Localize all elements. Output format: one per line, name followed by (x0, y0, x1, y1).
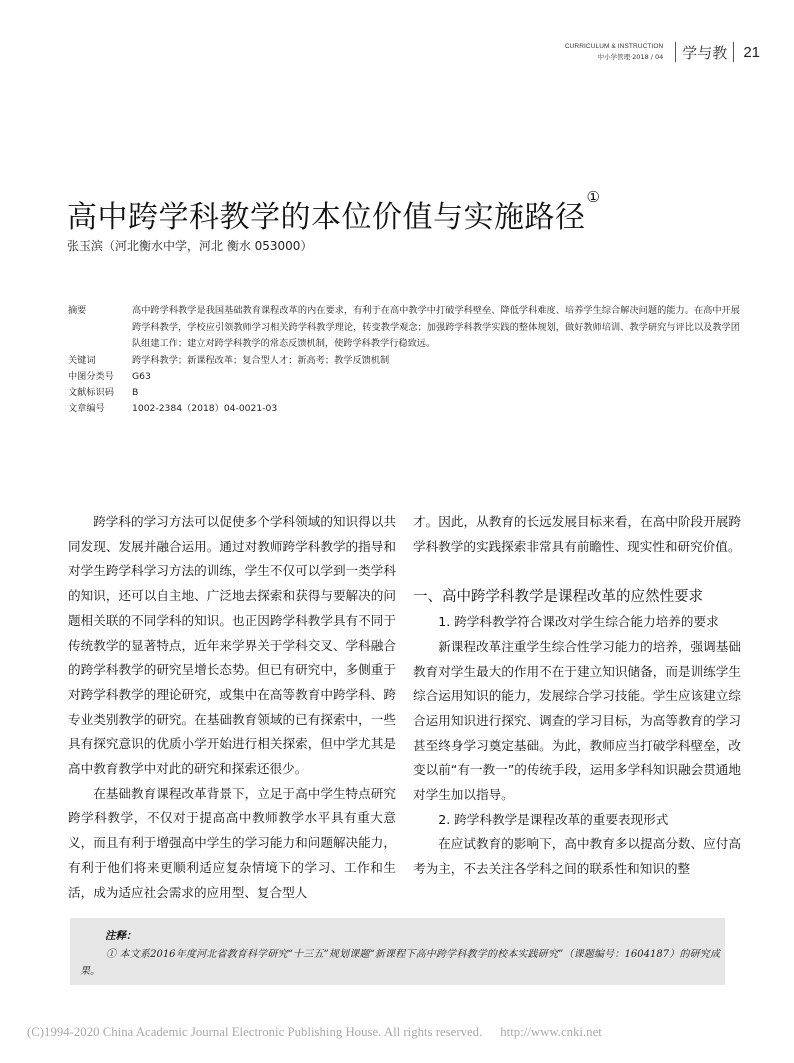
footnote-title: 注释： (105, 928, 137, 943)
article-number-label: 文章编号 (68, 401, 132, 417)
title-text: 高中跨学科教学的本位价值与实施路径 (67, 200, 586, 235)
doc-code-label: 文献标识码 (68, 385, 132, 401)
header-divider (733, 42, 734, 62)
section-name: 学与教 (682, 42, 727, 63)
abstract-row: 摘要 高中跨学科教学是我国基础教育课程改革的内在要求，有利于在高中教学中打破学科… (68, 303, 740, 353)
clc-value: G63 (132, 369, 740, 385)
title-footnote-marker[interactable]: ① (587, 188, 601, 206)
keywords-text: 跨学科教学；新课程改革；复合型人才；新高考；教学反馈机制 (132, 353, 740, 369)
keywords-row: 关键词 跨学科教学；新课程改革；复合型人才；新高考；教学反馈机制 (68, 353, 740, 369)
body-paragraph: 新课程改革注重学生综合性学习能力的培养，强调基础教育对学生最大的作用不在于建立知… (413, 635, 741, 808)
header-divider (675, 42, 676, 62)
article-number-row: 文章编号 1002-2384（2018）04-0021-03 (68, 401, 740, 417)
abstract-text: 高中跨学科教学是我国基础教育课程改革的内在要求，有利于在高中教学中打破学科壁垒、… (132, 303, 740, 353)
abstract-label: 摘要 (68, 303, 132, 353)
copyright-text: (C)1994-2020 China Academic Journal Elec… (27, 1025, 482, 1039)
footnote-box: 注释： ① 本文系2016年度河北省教育科学研究“十三五”规划课题“新课程下高中… (70, 918, 725, 985)
body-paragraph: 在基础教育课程改革背景下，立足于高中学生特点研究跨学科教学，不仅对于提高高中教师… (68, 782, 396, 906)
clc-label: 中图分类号 (68, 369, 132, 385)
clc-row: 中图分类号 G63 (68, 369, 740, 385)
doc-code-value: B (132, 385, 740, 401)
article-number-value: 1002-2384（2018）04-0021-03 (132, 401, 740, 417)
page-number: 21 (743, 44, 760, 61)
body-paragraph-continued: 才。因此，从教育的长远发展目标来看，在高中阶段开展跨学科教学的实践探索非常具有前… (413, 510, 741, 559)
running-header: CURRICULUM & INSTRUCTION 中小学管理·2018 / 04… (565, 40, 760, 64)
doc-code-row: 文献标识码 B (68, 385, 740, 401)
body-paragraph: 在应试教育的影响下，高中教育多以提高分数、应付高考为主，不去关注各学科之间的联系… (413, 832, 741, 881)
author-affiliation: 张玉滨（河北衡水中学，河北 衡水 053000） (67, 237, 312, 254)
article-title: 高中跨学科教学的本位价值与实施路径① (67, 192, 600, 236)
journal-issue: 中小学管理·2018 / 04 (565, 52, 663, 62)
body-column-right: 才。因此，从教育的长远发展目标来看，在高中阶段开展跨学科教学的实践探索非常具有前… (413, 510, 741, 882)
subsection-heading: 2. 跨学科教学是课程改革的重要表现形式 (413, 808, 741, 833)
article-metadata: 摘要 高中跨学科教学是我国基础教育课程改革的内在要求，有利于在高中教学中打破学科… (68, 303, 740, 417)
section-heading: 一、高中跨学科教学是课程改革的应然性要求 (413, 584, 741, 610)
cnki-link[interactable]: http://www.cnki.net (500, 1025, 602, 1039)
copyright-footer: (C)1994-2020 China Academic Journal Elec… (27, 1025, 602, 1040)
subsection-heading: 1. 跨学科教学符合课改对学生综合能力培养的要求 (413, 610, 741, 635)
journal-info: CURRICULUM & INSTRUCTION 中小学管理·2018 / 04 (565, 42, 663, 62)
body-paragraph: 跨学科的学习方法可以促使多个学科领域的知识得以共同发现、发展并融合运用。通过对教… (68, 510, 396, 782)
keywords-label: 关键词 (68, 353, 132, 369)
journal-name-en: CURRICULUM & INSTRUCTION (565, 42, 663, 52)
footnote-text: ① 本文系2016年度河北省教育科学研究“十三五”规划课题“新课程下高中跨学科教… (80, 946, 720, 980)
body-column-left: 跨学科的学习方法可以促使多个学科领域的知识得以共同发现、发展并融合运用。通过对教… (68, 510, 396, 905)
